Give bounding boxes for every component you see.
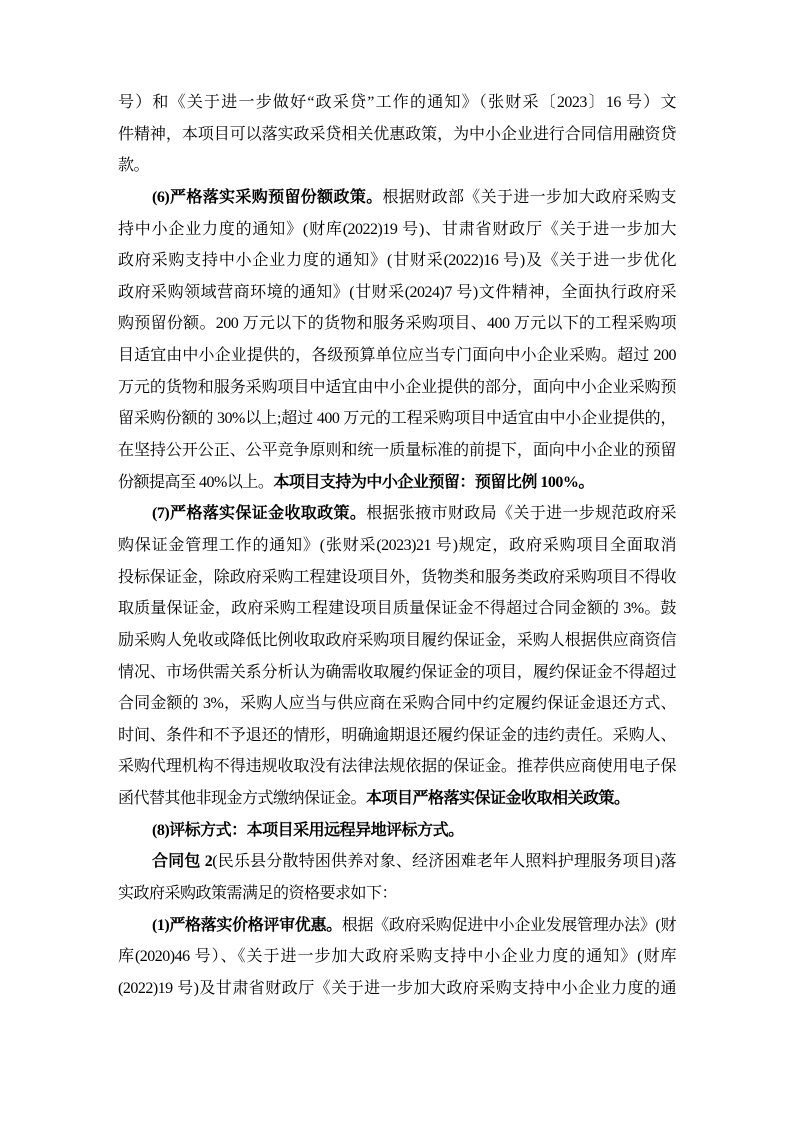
- text-run: 情况、市场供需关系分析认为确需收取履约保证金的项目，履约保证金不得超过: [118, 664, 676, 681]
- text-run: 购保证金管理工作的通知》(张财采(2023)21 号)规定，政府采购项目全面取消: [118, 537, 676, 554]
- text-line: 份额提高至 40%以上。本项目支持为中小企业预留：预留比例 100%。: [118, 467, 676, 499]
- document-text-block: 号）和《关于进一步做好“政采贷”工作的通知》（张财采〔2023〕16 号）文件精…: [118, 87, 676, 1005]
- text-line: 合同金额的 3%，采购人应当与供应商在采购合同中约定履约保证金退还方式、: [118, 688, 676, 720]
- bold-text-run: (1)严格落实价格评审优惠。: [152, 917, 342, 934]
- text-line: (2022)19 号)及甘肃省财政厅《关于进一步加大政府采购支持中小企业力度的通: [118, 973, 676, 1005]
- text-line: 购保证金管理工作的通知》(张财采(2023)21 号)规定，政府采购项目全面取消: [118, 530, 676, 562]
- bold-text-run: (6)严格落实采购预留份额政策。: [152, 189, 383, 206]
- text-run: 购预留份额。200 万元以下的货物和服务采购项目、400 万元以下的工程采购项: [118, 315, 676, 332]
- text-line: 万元的货物和服务采购项目中适宜由中小企业提供的部分，面向中小企业采购预: [118, 372, 676, 404]
- document-page: 号）和《关于进一步做好“政采贷”工作的通知》（张财采〔2023〕16 号）文件精…: [0, 0, 793, 1122]
- text-line: 励采购人免收或降低比例收取政府采购项目履约保证金，采购人根据供应商资信: [118, 625, 676, 657]
- text-line: 投标保证金，除政府采购工程建设项目外，货物类和服务类政府采购项目不得收: [118, 562, 676, 594]
- bold-text-run: 合同包 2: [152, 853, 212, 870]
- text-line: 时间、条件和不予退还的情形，明确逾期退还履约保证金的违约责任。采购人、: [118, 720, 676, 752]
- text-run: 时间、条件和不予退还的情形，明确逾期退还履约保证金的违约责任。采购人、: [118, 727, 676, 744]
- text-line: 政府采购支持中小企业力度的通知》(甘财采(2022)16 号)及《关于进一步优化: [118, 245, 676, 277]
- text-run: 库(2020)46 号）、《关于进一步加大政府采购支持中小企业力度的通知》(财库: [118, 948, 676, 965]
- text-line: 购预留份额。200 万元以下的货物和服务采购项目、400 万元以下的工程采购项: [118, 308, 676, 340]
- text-run: 实政府采购政策需满足的资格要求如下：: [118, 885, 397, 902]
- text-run: (民乐县分散特困供养对象、经济困难老年人照料护理服务项目)落: [212, 853, 676, 870]
- text-run: 励采购人免收或降低比例收取政府采购项目履约保证金，采购人根据供应商资信: [118, 632, 676, 649]
- bold-text-run: 本项目严格落实保证金收取相关政策。: [366, 790, 630, 807]
- text-line: 留采购份额的 30%以上;超过 400 万元的工程采购项目中适宜由中小企业提供的…: [118, 403, 676, 435]
- text-run: 根据财政部《关于进一步加大政府采购支: [383, 189, 676, 206]
- text-line: 目适宜由中小企业提供的，各级预算单位应当专门面向中小企业采购。超过 200: [118, 340, 676, 372]
- text-line: 号）和《关于进一步做好“政采贷”工作的通知》（张财采〔2023〕16 号）文: [118, 87, 676, 119]
- text-run: 政府采购领域营商环境的通知》(甘财采(2024)7 号)文件精神，全面执行政府采: [118, 284, 676, 301]
- text-run: 政府采购支持中小企业力度的通知》(甘财采(2022)16 号)及《关于进一步优化: [118, 252, 676, 269]
- text-line: 库(2020)46 号）、《关于进一步加大政府采购支持中小企业力度的通知》(财库: [118, 941, 676, 973]
- text-line: 件精神，本项目可以落实政采贷相关优惠政策，为中小企业进行合同信用融资贷: [118, 119, 676, 151]
- text-run: 投标保证金，除政府采购工程建设项目外，货物类和服务类政府采购项目不得收: [118, 569, 676, 586]
- text-run: 持中小企业力度的通知》(财库(2022)19 号)、甘肃省财政厅《关于进一步加大: [118, 221, 676, 238]
- text-line: 取质量保证金，政府采购工程建设项目质量保证金不得超过合同金额的 3%。鼓: [118, 593, 676, 625]
- text-run: 采购代理机构不得违规收取没有法律法规依据的保证金。推荐供应商使用电子保: [118, 758, 676, 775]
- text-line: (6)严格落实采购预留份额政策。根据财政部《关于进一步加大政府采购支: [118, 182, 676, 214]
- text-run: 根据张掖市财政局《关于进一步规范政府采: [366, 505, 676, 522]
- text-line: (1)严格落实价格评审优惠。根据《政府采购促进中小企业发展管理办法》(财: [118, 910, 676, 942]
- bold-text-run: (8)评标方式：本项目采用远程异地评标方式。: [152, 822, 464, 839]
- text-line: 政府采购领域营商环境的通知》(甘财采(2024)7 号)文件精神，全面执行政府采: [118, 277, 676, 309]
- text-line: 款。: [118, 150, 676, 182]
- text-line: 采购代理机构不得违规收取没有法律法规依据的保证金。推荐供应商使用电子保: [118, 751, 676, 783]
- text-run: 根据《政府采购促进中小企业发展管理办法》(财: [342, 917, 676, 934]
- text-run: 份额提高至 40%以上。: [118, 474, 273, 491]
- text-line: 情况、市场供需关系分析认为确需收取履约保证金的项目，履约保证金不得超过: [118, 657, 676, 689]
- text-line: 持中小企业力度的通知》(财库(2022)19 号)、甘肃省财政厅《关于进一步加大: [118, 214, 676, 246]
- text-run: 留采购份额的 30%以上;超过 400 万元的工程采购项目中适宜由中小企业提供的…: [118, 410, 676, 427]
- text-run: 在坚持公开公正、公平竞争原则和统一质量标准的前提下，面向中小企业的预留: [118, 442, 676, 459]
- text-run: 号）和《关于进一步做好“政采贷”工作的通知》（张财采〔2023〕16 号）文: [118, 94, 676, 111]
- text-run: 取质量保证金，政府采购工程建设项目质量保证金不得超过合同金额的 3%。鼓: [118, 600, 676, 617]
- text-line: 合同包 2(民乐县分散特困供养对象、经济困难老年人照料护理服务项目)落: [118, 846, 676, 878]
- text-line: 在坚持公开公正、公平竞争原则和统一质量标准的前提下，面向中小企业的预留: [118, 435, 676, 467]
- bold-text-run: 本项目支持为中小企业预留：预留比例 100%。: [273, 474, 594, 491]
- text-run: 合同金额的 3%，采购人应当与供应商在采购合同中约定履约保证金退还方式、: [118, 695, 676, 712]
- text-line: (8)评标方式：本项目采用远程异地评标方式。: [118, 815, 676, 847]
- bold-text-run: (7)严格落实保证金收取政策。: [152, 505, 366, 522]
- text-run: 万元的货物和服务采购项目中适宜由中小企业提供的部分，面向中小企业采购预: [118, 379, 676, 396]
- text-line: 函代替其他非现金方式缴纳保证金。本项目严格落实保证金收取相关政策。: [118, 783, 676, 815]
- text-run: 目适宜由中小企业提供的，各级预算单位应当专门面向中小企业采购。超过 200: [118, 347, 676, 364]
- text-run: (2022)19 号)及甘肃省财政厅《关于进一步加大政府采购支持中小企业力度的通: [118, 980, 676, 997]
- text-line: 实政府采购政策需满足的资格要求如下：: [118, 878, 676, 910]
- text-run: 款。: [118, 157, 149, 174]
- text-run: 件精神，本项目可以落实政采贷相关优惠政策，为中小企业进行合同信用融资贷: [118, 126, 676, 143]
- text-run: 函代替其他非现金方式缴纳保证金。: [118, 790, 366, 807]
- text-line: (7)严格落实保证金收取政策。根据张掖市财政局《关于进一步规范政府采: [118, 498, 676, 530]
